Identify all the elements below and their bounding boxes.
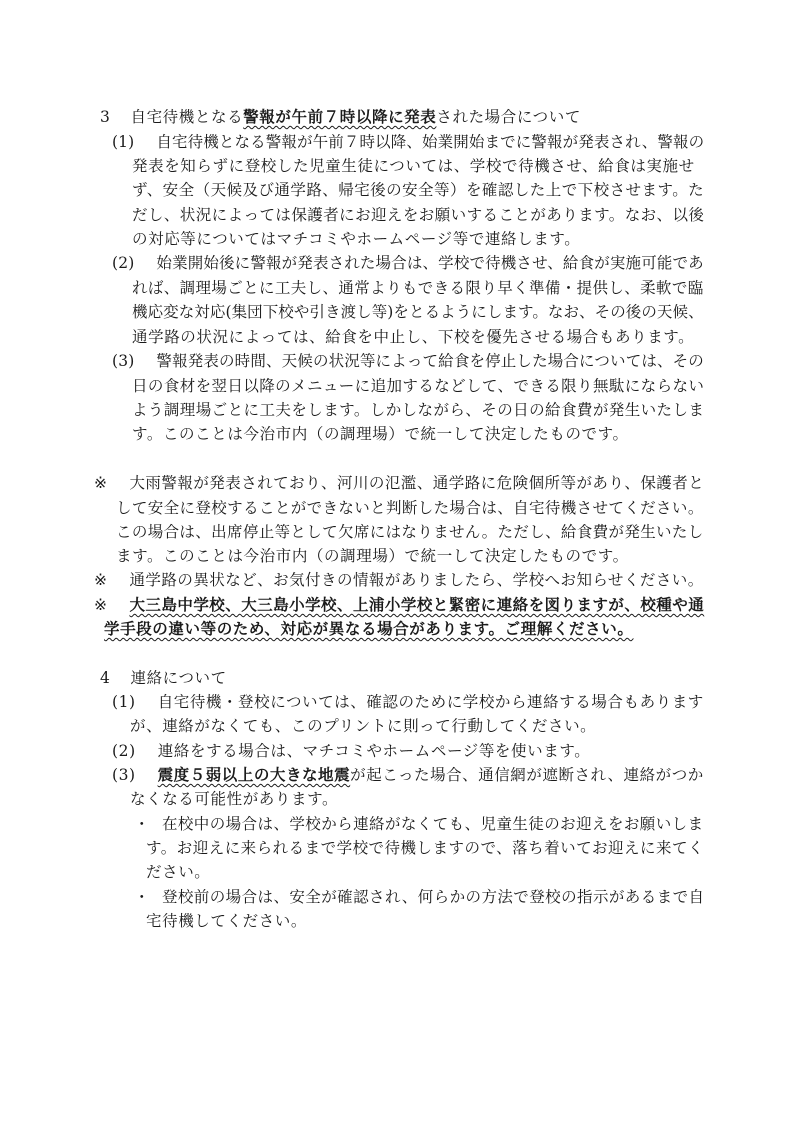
item-text: 連絡をする場合は、マチコミやホームページ等を使います。 (158, 742, 591, 760)
section-3-item-3-line-1: (3)警報発表の時間、天候の状況等によって給食を停止した場合については、その (112, 351, 704, 371)
note-text: 通学路の異状など、お気付きの情報がありましたら、学校へお知らせください。 (129, 571, 703, 589)
section-3-number: 3 (100, 108, 110, 126)
note-1-line-2: して安全に登校することができないと判断した場合は、自宅待機させてください。 (116, 498, 704, 518)
note-3-line-1: ※大三島中学校、大三島小学校、上浦小学校と緊密に連絡を図りますが、校種や通 (94, 595, 704, 615)
item-marker: (1) (112, 133, 134, 151)
section-3-item-2-line-2: れば、調理場ごとに工夫し、通常よりもできる限り早く準備・提供し、柔軟で臨 (132, 278, 704, 298)
bullet-1-line-2: す。お迎えに来られるまで学校で待機しますので、落ち着いてお迎えに来てく (146, 838, 704, 858)
note-1-line-1: ※大雨警報が発表されており、河川の氾濫、通学路に危険個所等があり、保護者と (94, 473, 704, 493)
note-1-line-3: この場合は、出席停止等として欠席にはなりません。ただし、給食費が発生いたし (116, 522, 704, 542)
bullet-1-line-1: ・在校中の場合は、学校から連絡がなくても、児童生徒のお迎えをお願いしま (134, 814, 704, 834)
item-emphasis-text: 震度５弱以上の大きな地震 (158, 766, 351, 784)
item-marker: (3) (112, 766, 136, 784)
bullet-text: 登校前の場合は、安全が確認され、何らかの方法で登校の指示があるまで自 (162, 888, 705, 906)
item-marker: (1) (112, 693, 136, 711)
section-4-item-3-line-2: なくなる可能性があります。 (130, 789, 338, 809)
section-4-heading: 4連絡について (100, 668, 227, 688)
note-marker: ※ (94, 474, 107, 492)
note-marker: ※ (94, 596, 107, 614)
section-4-heading-text: 連絡について (130, 669, 226, 687)
note-3-line-2: 学手段の違い等のため、対応が異なる場合があります。ご理解ください。 (104, 619, 633, 639)
section-3-item-1-line-3: ず、安全（天候及び通学路、帰宅後の安全等）を確認した上で下校させます。た (132, 180, 704, 200)
section-4-item-1-line-1: (1)自宅待機・登校については、確認のために学校から連絡する場合もあります (112, 692, 704, 712)
section-4-item-3-line-1: (3)震度５弱以上の大きな地震が起こった場合、通信網が遮断され、連絡がつか (112, 765, 704, 785)
section-3-item-3-line-4: す。このことは今治市内（の調理場）で統一して決定したものです。 (132, 424, 629, 444)
section-3-heading: 3自宅待機となる警報が午前７時以降に発表された場合について (100, 107, 581, 127)
section-3-item-1-line-1: (1)自宅待機となる警報が午前７時以降、始業開始までに警報が発表され、警報の (112, 132, 704, 152)
section-3-item-2-line-4: 通学路の状況によっては、給食を中止し、下校を優先させる場合もあります。 (132, 327, 694, 347)
section-4-number: 4 (100, 669, 110, 687)
note-1-line-4: ます。このことは今治市内（の調理場）で統一して決定したものです。 (116, 546, 629, 566)
section-3-item-1-line-5: の対応等についてはマチコミやホームページ等で連絡します。 (132, 229, 580, 249)
note-emphasis-text: 大三島中学校、大三島小学校、上浦小学校と緊密に連絡を図りますが、校種や通 (129, 596, 704, 614)
section-3-item-1-line-4: だし、状況によっては保護者にお迎えをお願いすることがあります。なお、以後 (132, 205, 704, 225)
item-marker: (2) (112, 742, 136, 760)
note-2-line-1: ※通学路の異状など、お気付きの情報がありましたら、学校へお知らせください。 (94, 570, 704, 590)
section-3-heading-pre: 自宅待機となる (130, 108, 243, 126)
section-3-item-3-line-2: 日の食材を翌日以降のメニューに追加するなどして、できる限り無駄にならない (132, 376, 704, 396)
note-marker: ※ (94, 571, 107, 589)
note-emphasis-text: 学手段の違い等のため、対応が異なる場合があります。ご理解ください。 (104, 620, 633, 638)
item-text: 始業開始後に警報が発表された場合は、学校で待機させ、給食が実施可能であ (156, 254, 703, 272)
item-marker: (3) (112, 352, 134, 370)
item-marker: (2) (112, 254, 134, 272)
item-text: 警報発表の時間、天候の状況等によって給食を停止した場合については、その (156, 352, 704, 370)
item-text: が起こった場合、通信網が遮断され、連絡がつか (350, 766, 704, 784)
bullet-1-line-3: ださい。 (146, 862, 210, 882)
bullet-text: 在校中の場合は、学校から連絡がなくても、児童生徒のお迎えをお願いしま (162, 815, 704, 833)
note-text: 大雨警報が発表されており、河川の氾濫、通学路に危険個所等があり、保護者と (129, 474, 704, 492)
section-3-item-2-line-1: (2)始業開始後に警報が発表された場合は、学校で待機させ、給食が実施可能であ (112, 253, 704, 273)
section-3-heading-post: された場合について (436, 108, 581, 126)
section-4-item-1-line-2: が、連絡がなくても、このプリントに則って行動してください。 (130, 716, 596, 736)
item-text: 自宅待機となる警報が午前７時以降、始業開始までに警報が発表され、警報の (156, 133, 704, 151)
section-3-item-1-line-2: 発表を知らずに登校した児童生徒については、学校で待機させ、給食は実施せ (132, 156, 695, 176)
document-page: 3自宅待機となる警報が午前７時以降に発表された場合について (1)自宅待機となる… (0, 0, 800, 1131)
section-3-item-3-line-3: よう調理場ごとに工夫をします。しかしながら、その日の給食費が発生いたしま (132, 400, 704, 420)
bullet-2-line-2: 宅待機してください。 (146, 911, 307, 931)
bullet-2-line-1: ・登校前の場合は、安全が確認され、何らかの方法で登校の指示があるまで自 (134, 887, 704, 907)
section-4-item-2-line-1: (2)連絡をする場合は、マチコミやホームページ等を使います。 (112, 741, 590, 761)
bullet-marker: ・ (134, 815, 150, 833)
section-3-heading-emphasis: 警報が午前７時以降に発表 (243, 108, 436, 126)
section-3-item-2-line-3: 機応変な対応(集団下校や引き渡し等)をとるようにします。なお、その後の天候、 (132, 302, 704, 322)
bullet-marker: ・ (134, 888, 150, 906)
item-text: 自宅待機・登校については、確認のために学校から連絡する場合もあります (158, 693, 704, 711)
